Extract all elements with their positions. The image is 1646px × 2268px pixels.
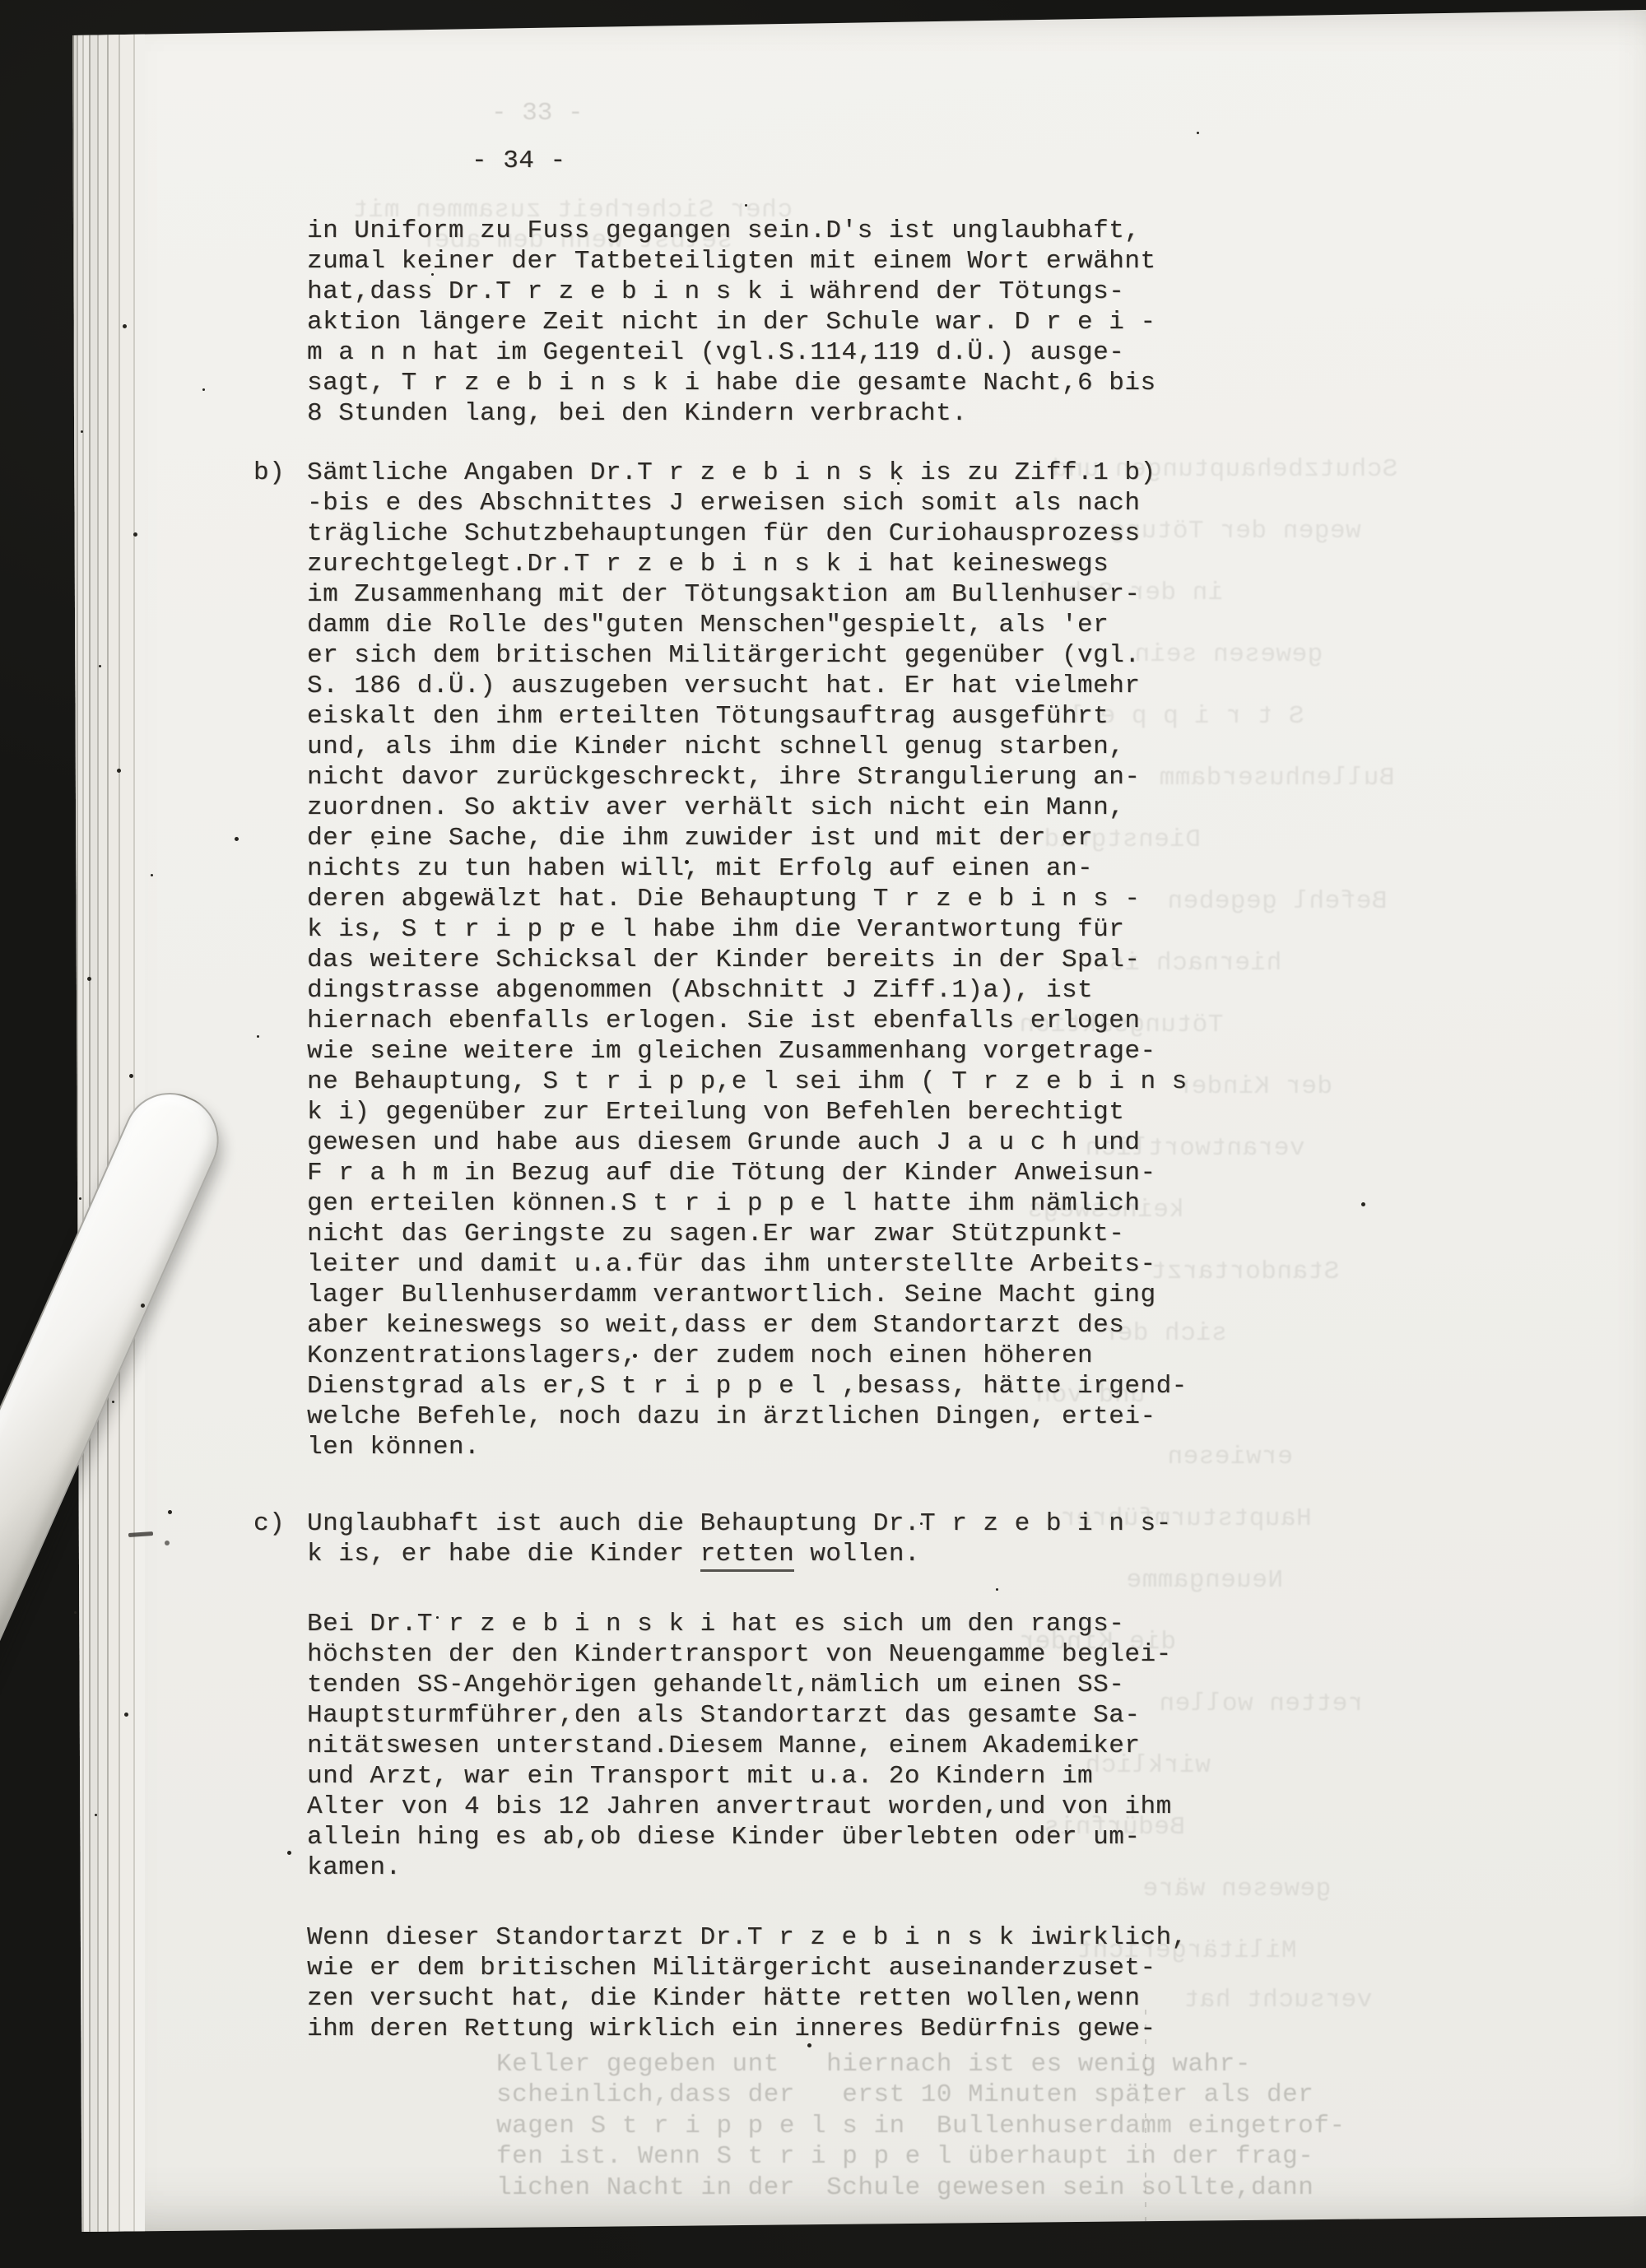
text-line: -bis e des Abschnittes J erweisen sich s… — [307, 488, 1188, 518]
text-line: Hauptsturmführer,den als Standortarzt da… — [307, 1700, 1172, 1731]
paragraph: Wenn dieser Standortarzt Dr.T r z e b i … — [307, 1922, 1188, 2044]
bleedthrough-fragment: gewesen sein — [1134, 639, 1323, 670]
text-line: zuordnen. So aktiv aver verhält sich nic… — [307, 792, 1188, 823]
text-line: Alter von 4 bis 12 Jahren anvertraut wor… — [307, 1792, 1172, 1822]
paragraph: b)Sämtliche Angaben Dr.T r z e b i n s k… — [307, 458, 1188, 1462]
document-page: - 33 - - 34 - in Uniform zu Fuss gegange… — [72, 10, 1646, 2232]
bleedthrough-fragment: keineswegs — [1027, 1195, 1184, 1225]
bleedthrough-fragment: Standortarzt — [1151, 1257, 1339, 1287]
text-line: nitätswesen unterstand.Diesem Manne, ein… — [307, 1731, 1172, 1761]
bleedthrough-fragment: wegen der Tötung — [1109, 516, 1361, 546]
bleedthrough-fragment: die Kinder — [1019, 1627, 1176, 1657]
text-line: wie er dem britischen Militärgericht aus… — [307, 1953, 1188, 1983]
text-line: hat,dass Dr.T r z e b i n s k i während … — [307, 277, 1156, 307]
text-line: tenden SS-Angehörigen gehandelt,nämlich … — [307, 1670, 1172, 1700]
bleedthrough-fragment: in der Schule — [1019, 578, 1223, 608]
text-line: k is, S t r i p p e l habe ihm die Veran… — [307, 914, 1188, 945]
bleedthrough-fragment: Hauptsturmführer — [1060, 1503, 1312, 1534]
bleedthrough-fragment: Dienstgrad — [1044, 825, 1201, 855]
margin-dot-mark — [165, 1541, 170, 1545]
text-line: aktion längere Zeit nicht in der Schule … — [307, 307, 1156, 337]
paper-crease — [1145, 2010, 1146, 2237]
bleedthrough-next-page-line: lichen Nacht in der Schule gewesen sein … — [496, 2173, 1314, 2203]
text-line: nichts zu tun haben will, mit Erfolg auf… — [307, 853, 1188, 884]
text-line: k is, er habe die Kinder retten wollen. — [307, 1539, 1172, 1569]
bleedthrough-fragment: selbst wenn dem aber — [418, 225, 732, 256]
text-line: ihm deren Rettung wirklich ein inneres B… — [307, 2014, 1188, 2044]
bleedthrough-fragment: Militärgericht — [1076, 1936, 1296, 1966]
bleedthrough-fragment: retten wollen — [1159, 1689, 1363, 1719]
bleedthrough-fragment: sich der — [1101, 1318, 1227, 1349]
bleedthrough-page-number: - 33 - — [491, 99, 584, 128]
bleedthrough-fragment: verantwortlich — [1085, 1133, 1304, 1164]
bleedthrough-fragment: erwiesen — [1167, 1442, 1293, 1472]
text-line: und Arzt, war ein Transport mit u.a. 2o … — [307, 1761, 1172, 1792]
paragraph: c)Unglaubhaft ist auch die Behauptung Dr… — [307, 1508, 1172, 1569]
bleedthrough-fragment: der Kinder — [1175, 1071, 1332, 1102]
text-line: k i) gegenüber zur Erteilung von Befehle… — [307, 1097, 1188, 1127]
paragraph-label: c) — [253, 1508, 285, 1539]
text-line: und, als ihm die Kinder nicht schnell ge… — [307, 732, 1188, 762]
bleedthrough-fragment: versucht hat — [1183, 1985, 1372, 2015]
underlined-word: retten — [700, 1540, 795, 1572]
bleedthrough-fragment: cher Sicherheit zusammen mit — [352, 195, 793, 225]
text-line: trägliche Schutzbehauptungen für den Cur… — [307, 518, 1188, 549]
text-line: 8 Stunden lang, bei den Kindern verbrach… — [307, 398, 1156, 429]
text-line: ne Behauptung, S t r i p p,e l sei ihm (… — [307, 1067, 1188, 1097]
text-line: Unglaubhaft ist auch die Behauptung Dr.T… — [307, 1508, 1172, 1539]
text-line: er sich dem britischen Militärgericht ge… — [307, 640, 1188, 671]
text-line: Konzentrationslagers, der zudem noch ein… — [307, 1341, 1188, 1371]
text-line: wie seine weitere im gleichen Zusammenha… — [307, 1036, 1188, 1067]
bleedthrough-fragment: hiernach ist — [1093, 948, 1281, 978]
bleedthrough-fragment: Befehl gegeben — [1167, 886, 1387, 917]
text-line: nicht davor zurückgeschreckt, ihre Stran… — [307, 762, 1188, 792]
text-line: leiter und damit u.a.für das ihm unterst… — [307, 1249, 1188, 1280]
text-line: Wenn dieser Standortarzt Dr.T r z e b i … — [307, 1922, 1188, 1953]
text-line: lager Bullenhuserdamm verantwortlich. Se… — [307, 1280, 1188, 1310]
text-line: das weitere Schicksal der Kinder bereits… — [307, 945, 1188, 975]
bleedthrough-fragment: gewesen wäre — [1142, 1874, 1331, 1904]
text-line: S. 186 d.Ü.) auszugeben versucht hat. Er… — [307, 671, 1188, 701]
text-line: deren abgewälzt hat. Die Behauptung T r … — [307, 884, 1188, 914]
text-line: F r a h m in Bezug auf die Tötung der Ki… — [307, 1158, 1188, 1188]
text-line: len können. — [307, 1432, 1188, 1462]
bleedthrough-next-page-line: wagen S t r i p p e l s in Bullenhuserda… — [496, 2111, 1346, 2141]
bleedthrough-fragment: Bedürfnis — [1044, 1812, 1185, 1843]
text-line: allein hing es ab,ob diese Kinder überle… — [307, 1822, 1172, 1852]
bleedthrough-fragment: und von — [1035, 1380, 1146, 1411]
text-line: dingstrasse abgenommen (Abschnitt J Ziff… — [307, 975, 1188, 1006]
text-line: gewesen und habe aus diesem Grunde auch … — [307, 1127, 1188, 1158]
text-line: sagt, T r z e b i n s k i habe die gesam… — [307, 368, 1156, 398]
bleedthrough-fragment: Schutzbehauptungen und — [1052, 454, 1397, 485]
bleedthrough-fragment: Tötungsaktion — [1019, 1010, 1223, 1040]
text-line: m a n n hat im Gegenteil (vgl.S.114,119 … — [307, 337, 1156, 368]
bleedthrough-next-page-line: Keller gegeben unt hiernach ist es wenig… — [496, 2049, 1251, 2080]
bleedthrough-fragment: S t r i p p e l — [1068, 701, 1304, 732]
paragraph-label: b) — [253, 458, 285, 488]
bleedthrough-fragment: wirklich — [1085, 1750, 1211, 1781]
bleedthrough-fragment: Bullenhuserdamm — [1159, 763, 1395, 793]
text-line: kamen. — [307, 1852, 1172, 1883]
page-number: - 34 - — [472, 146, 566, 176]
text-line: damm die Rolle des"guten Menschen"gespie… — [307, 610, 1188, 640]
dust-specks — [0, 0, 2, 2]
text-line: aber keineswegs so weit,dass er dem Stan… — [307, 1310, 1188, 1341]
scanned-document-photo: - 33 - - 34 - in Uniform zu Fuss gegange… — [0, 0, 1646, 2268]
text-line: eiskalt den ihm erteilten Tötungsauftrag… — [307, 701, 1188, 732]
bleedthrough-next-page-line: fen ist. Wenn S t r i p p e l überhaupt … — [496, 2141, 1314, 2172]
bleedthrough-fragment: Neuengamme — [1126, 1565, 1283, 1596]
bleedthrough-next-page-line: scheinlich,dass der erst 10 Minuten spät… — [496, 2080, 1314, 2110]
text-line: zen versucht hat, die Kinder hätte rette… — [307, 1983, 1188, 2014]
text-line: zurechtgelegt.Dr.T r z e b i n s k i hat… — [307, 549, 1188, 579]
